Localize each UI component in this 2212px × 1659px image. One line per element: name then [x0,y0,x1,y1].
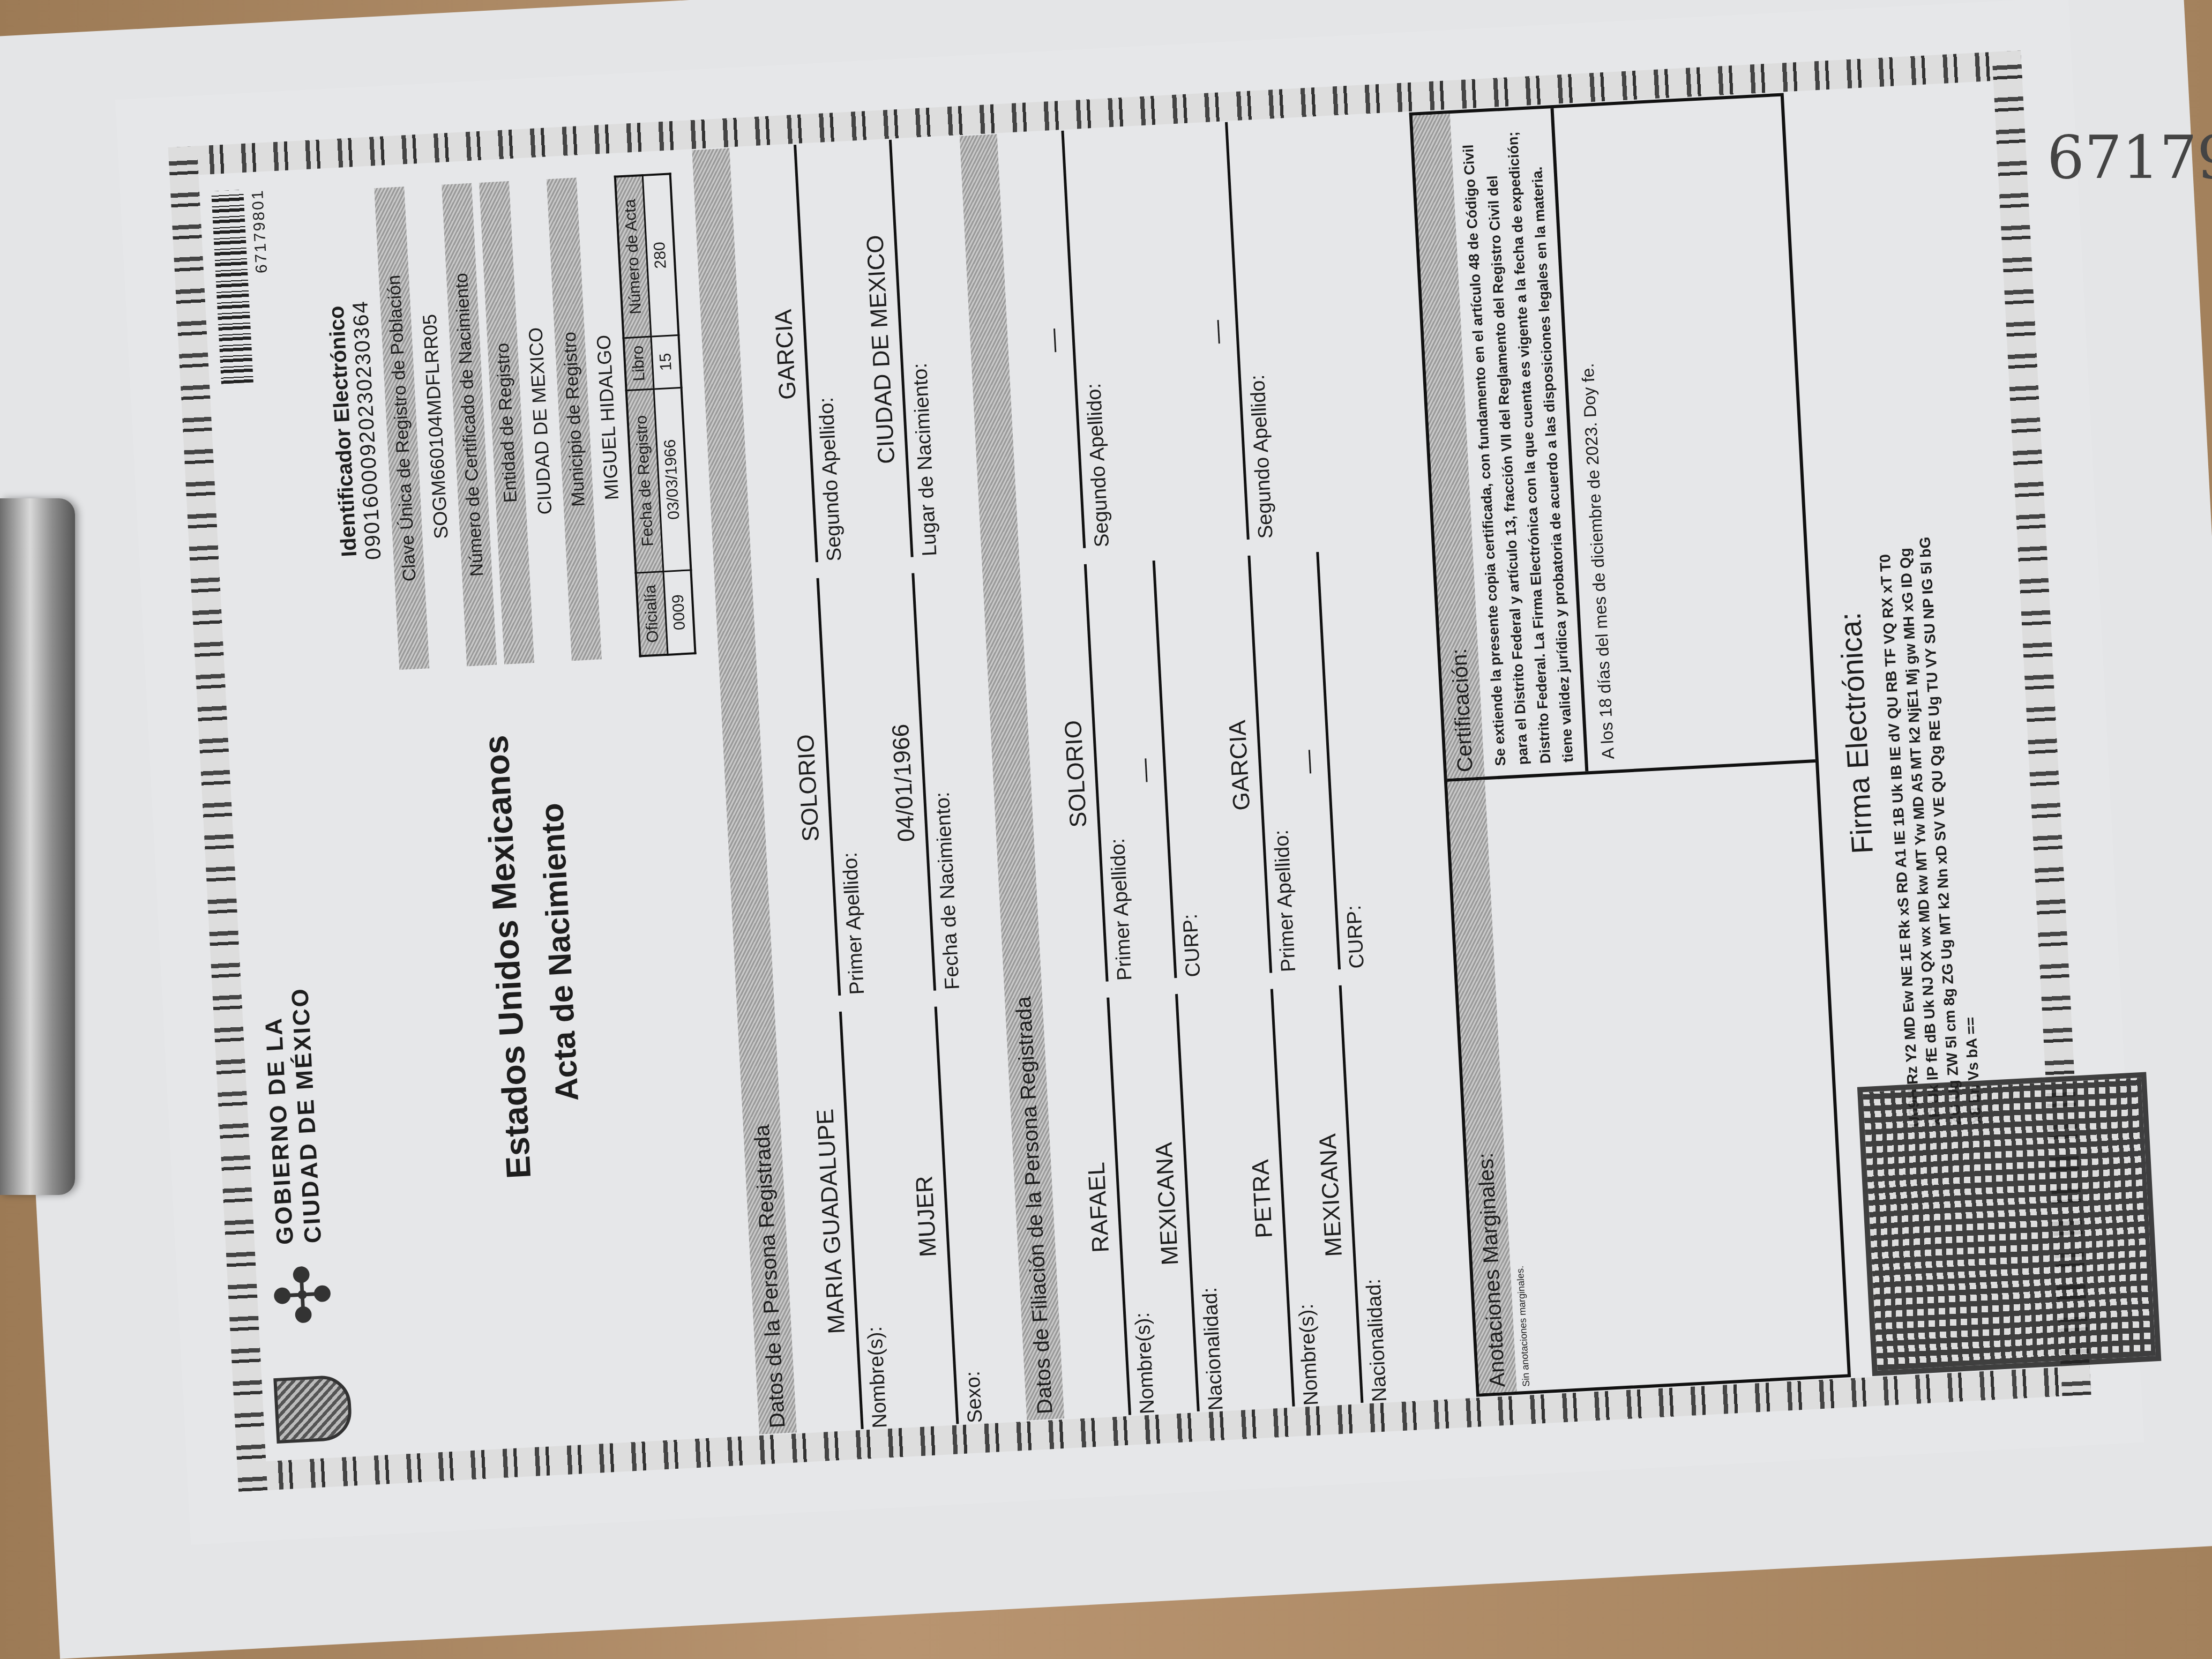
qr-code-large-icon [1857,1072,2162,1376]
document-title: Acta de Nacimiento [533,802,586,1102]
header: ✣ GOBIERNO DE LA CIUDAD DE MÉXICO 671798… [200,156,642,1460]
registry-block: Identificador Electrónico 09016000920230… [318,173,696,672]
registered-person-section: Datos de la Persona Registrada MARIA GUA… [692,138,987,1434]
paper-sheet: ✣ GOBIERNO DE LA CIUDAD DE MÉXICO 671798… [0,0,2212,1659]
marginal-annotations: Anotaciones Marginales: Sin anotaciones … [1447,759,1848,1394]
handwritten-number: 67179 [2047,123,2212,192]
annotations-certification-box: Anotaciones Marginales: Sin anotaciones … [1409,93,1851,1396]
government-name: GOBIERNO DE LA CIUDAD DE MÉXICO [258,987,327,1245]
barcode-number: 67179801 [249,189,271,274]
mother-row: PETRANombre(s): GARCIAPrimer Apellido: —… [1187,117,1392,1408]
signature-hash: U09H Rz Y2 MD Ew NE 1E Rk xS RD A1 IE 1B… [1874,535,1986,1127]
filiation-section: Datos de Filiación de la Persona Registr… [960,117,1392,1420]
cdmx-logo-icon: ✣ [261,1252,346,1337]
coat-of-arms-icon [273,1374,353,1444]
birth-certificate: ✣ GOBIERNO DE LA CIUDAD DE MÉXICO 671798… [115,0,2144,1545]
country-title: Estados Unidos Mexicanos [476,734,539,1179]
barcode-icon [211,190,253,384]
certification: Certificación: Se extiende la presente c… [1413,96,1815,779]
clipboard-clip [0,498,75,1195]
